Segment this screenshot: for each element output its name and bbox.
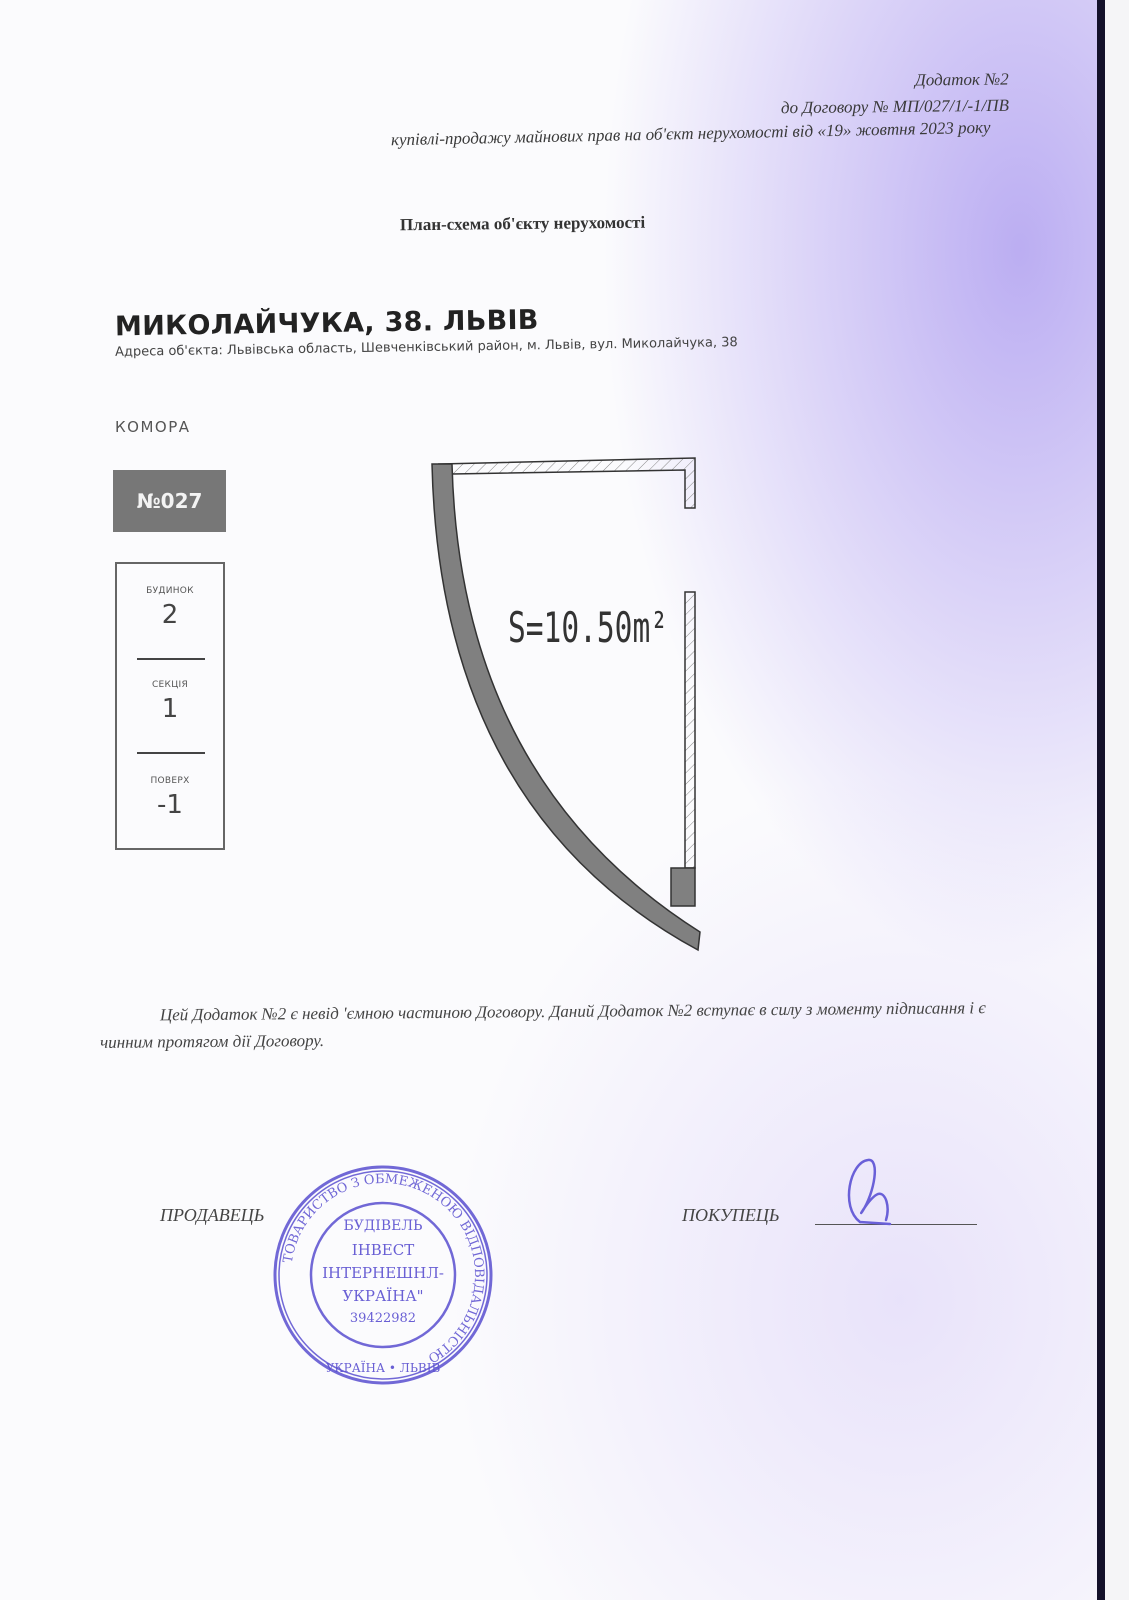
section-cell: СЕКЦІЯ 1 (117, 680, 223, 724)
divider (137, 658, 205, 660)
stamp-code: 39422982 (350, 1311, 416, 1326)
seller-label: ПРОДАВЕЦЬ (160, 1205, 264, 1226)
appendix-note: Цей Додаток №2 є невід 'ємною частиною Д… (100, 994, 1000, 1056)
stamp-bottom-text: УКРАЇНА • ЛЬВІВ (326, 1359, 441, 1375)
floor-cell: ПОВЕРХ -1 (117, 776, 223, 820)
curved-wall (432, 464, 700, 950)
plan-title: План-схема об'єкту нерухомості (400, 213, 645, 236)
background-margin (1105, 0, 1129, 1600)
column (671, 868, 695, 906)
unit-type: КОМОРА (115, 418, 191, 436)
right-wall (685, 592, 695, 868)
stamp-line3: ІНТЕРНЕШНЛ- (322, 1264, 444, 1282)
appendix-number: Додаток №2 (915, 70, 1009, 91)
buyer-label: ПОКУПЕЦЬ (682, 1205, 779, 1226)
stamp-line2: ІНВЕСТ (352, 1241, 414, 1259)
unit-number-badge: №027 (113, 470, 226, 532)
area-label: S=10.50m² (508, 603, 668, 652)
building-cell: БУДИНОК 2 (117, 586, 223, 630)
top-wall (440, 458, 695, 508)
building-value: 2 (117, 600, 223, 630)
divider (137, 752, 205, 754)
floor-label: ПОВЕРХ (117, 776, 223, 786)
building-label: БУДИНОК (117, 586, 223, 596)
unit-details-box: БУДИНОК 2 СЕКЦІЯ 1 ПОВЕРХ -1 (115, 562, 225, 850)
contract-reference: до Договору № МП/027/1/-1/ПВ (781, 96, 1009, 118)
stamp-line4: УКРАЇНА" (342, 1287, 423, 1305)
floorplan-drawing: S=10.50m² (420, 450, 720, 960)
company-stamp: ТОВАРИСТВО З ОБМЕЖЕНОЮ ВІДПОВІДАЛЬНІСТЮ … (268, 1160, 498, 1390)
page-edge-shadow (1097, 0, 1105, 1600)
floor-value: -1 (117, 790, 223, 820)
stamp-line1: БУДІВЕЛЬ (344, 1218, 423, 1234)
section-value: 1 (117, 694, 223, 724)
section-label: СЕКЦІЯ (117, 680, 223, 690)
buyer-signature (820, 1152, 910, 1232)
